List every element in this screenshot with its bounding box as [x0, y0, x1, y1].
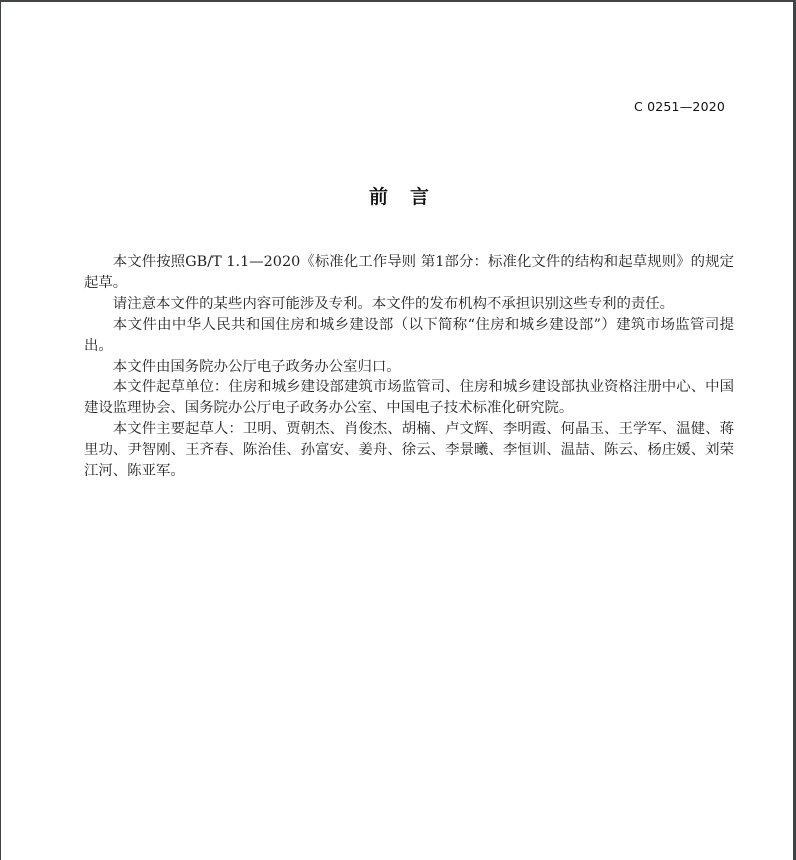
document-code: C 0251—2020 [634, 99, 725, 114]
foreword-body: 本文件按照GB/T 1.1—2020《标准化工作导则 第1部分：标准化文件的结构… [84, 252, 734, 482]
paragraph-drafting-rules: 本文件按照GB/T 1.1—2020《标准化工作导则 第1部分：标准化文件的结构… [84, 252, 734, 294]
paragraph-drafters: 本文件主要起草人：卫明、贾朝杰、肖俊杰、胡楠、卢文辉、李明霞、何晶玉、王学军、温… [84, 419, 734, 482]
document-page: C 0251—2020 前言 本文件按照GB/T 1.1—2020《标准化工作导… [0, 0, 796, 860]
paragraph-proposer: 本文件由中华人民共和国住房和城乡建设部（以下简称“住房和城乡建设部”）建筑市场监… [84, 315, 734, 357]
paragraph-patent-notice: 请注意本文件的某些内容可能涉及专利。本文件的发布机构不承担识别这些专利的责任。 [84, 294, 734, 315]
paragraph-drafting-units: 本文件起草单位：住房和城乡建设部建筑市场监管司、住房和城乡建设部执业资格注册中心… [84, 377, 734, 419]
page-title: 前言 [1, 182, 796, 209]
paragraph-centralized-by: 本文件由国务院办公厅电子政务办公室归口。 [84, 357, 734, 378]
